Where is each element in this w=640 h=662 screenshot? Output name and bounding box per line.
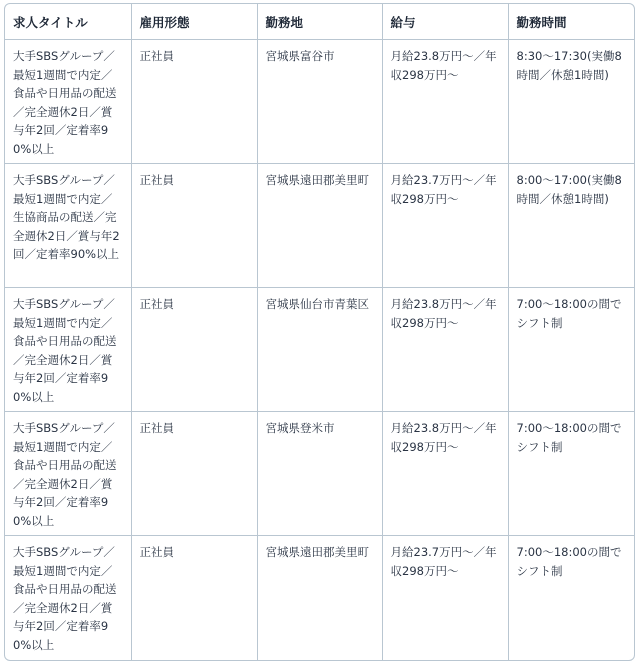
- cell-working-hours: 8:00〜17:00(実働8時間／休憩1時間): [508, 164, 635, 288]
- cell-salary: 月給23.7万円〜／年収298万円〜: [382, 164, 508, 288]
- table-row: 大手SBSグループ／最短1週間で内定／食品や日用品の配送／完全週休2日／賞与年2…: [5, 40, 635, 164]
- cell-working-hours: 8:30〜17:30(実働8時間／休憩1時間): [508, 40, 635, 164]
- cell-working-hours: 7:00〜18:00の間でシフト制: [508, 412, 635, 536]
- cell-job-title: 大手SBSグループ／最短1週間で内定／生協商品の配送／完全週休2日／賞与年2回／…: [5, 164, 131, 288]
- cell-location: 宮城県富谷市: [257, 40, 382, 164]
- cell-location: 宮城県遠田郡美里町: [257, 164, 382, 288]
- job-listings-table-container: 求人タイトル 雇用形態 勤務地 給与 勤務時間 大手SBSグループ／最短1週間で…: [4, 3, 635, 661]
- table-row: 大手SBSグループ／最短1週間で内定／食品や日用品の配送／完全週休2日／賞与年2…: [5, 412, 635, 536]
- cell-job-title: 大手SBSグループ／最短1週間で内定／食品や日用品の配送／完全週休2日／賞与年2…: [5, 40, 131, 164]
- cell-location: 宮城県遠田郡美里町: [257, 536, 382, 660]
- cell-working-hours: 7:00〜18:00の間でシフト制: [508, 536, 635, 660]
- table-row: 大手SBSグループ／最短1週間で内定／食品や日用品の配送／完全週休2日／賞与年2…: [5, 536, 635, 660]
- cell-salary: 月給23.8万円〜／年収298万円〜: [382, 40, 508, 164]
- cell-employment-type: 正社員: [131, 412, 257, 536]
- cell-location: 宮城県登米市: [257, 412, 382, 536]
- header-location: 勤務地: [257, 4, 382, 40]
- cell-job-title: 大手SBSグループ／最短1週間で内定／食品や日用品の配送／完全週休2日／賞与年2…: [5, 536, 131, 660]
- cell-job-title: 大手SBSグループ／最短1週間で内定／食品や日用品の配送／完全週休2日／賞与年2…: [5, 288, 131, 412]
- cell-salary: 月給23.7万円〜／年収298万円〜: [382, 536, 508, 660]
- cell-working-hours: 7:00〜18:00の間でシフト制: [508, 288, 635, 412]
- header-salary: 給与: [382, 4, 508, 40]
- cell-location: 宮城県仙台市青葉区: [257, 288, 382, 412]
- job-listings-table: 求人タイトル 雇用形態 勤務地 給与 勤務時間 大手SBSグループ／最短1週間で…: [5, 4, 635, 660]
- cell-employment-type: 正社員: [131, 164, 257, 288]
- cell-employment-type: 正社員: [131, 536, 257, 660]
- cell-salary: 月給23.8万円〜／年収298万円〜: [382, 412, 508, 536]
- cell-job-title: 大手SBSグループ／最短1週間で内定／食品や日用品の配送／完全週休2日／賞与年2…: [5, 412, 131, 536]
- cell-employment-type: 正社員: [131, 40, 257, 164]
- header-job-title: 求人タイトル: [5, 4, 131, 40]
- header-working-hours: 勤務時間: [508, 4, 635, 40]
- table-header-row: 求人タイトル 雇用形態 勤務地 給与 勤務時間: [5, 4, 635, 40]
- table-row: 大手SBSグループ／最短1週間で内定／生協商品の配送／完全週休2日／賞与年2回／…: [5, 164, 635, 288]
- header-employment-type: 雇用形態: [131, 4, 257, 40]
- cell-salary: 月給23.8万円〜／年収298万円〜: [382, 288, 508, 412]
- cell-employment-type: 正社員: [131, 288, 257, 412]
- table-row: 大手SBSグループ／最短1週間で内定／食品や日用品の配送／完全週休2日／賞与年2…: [5, 288, 635, 412]
